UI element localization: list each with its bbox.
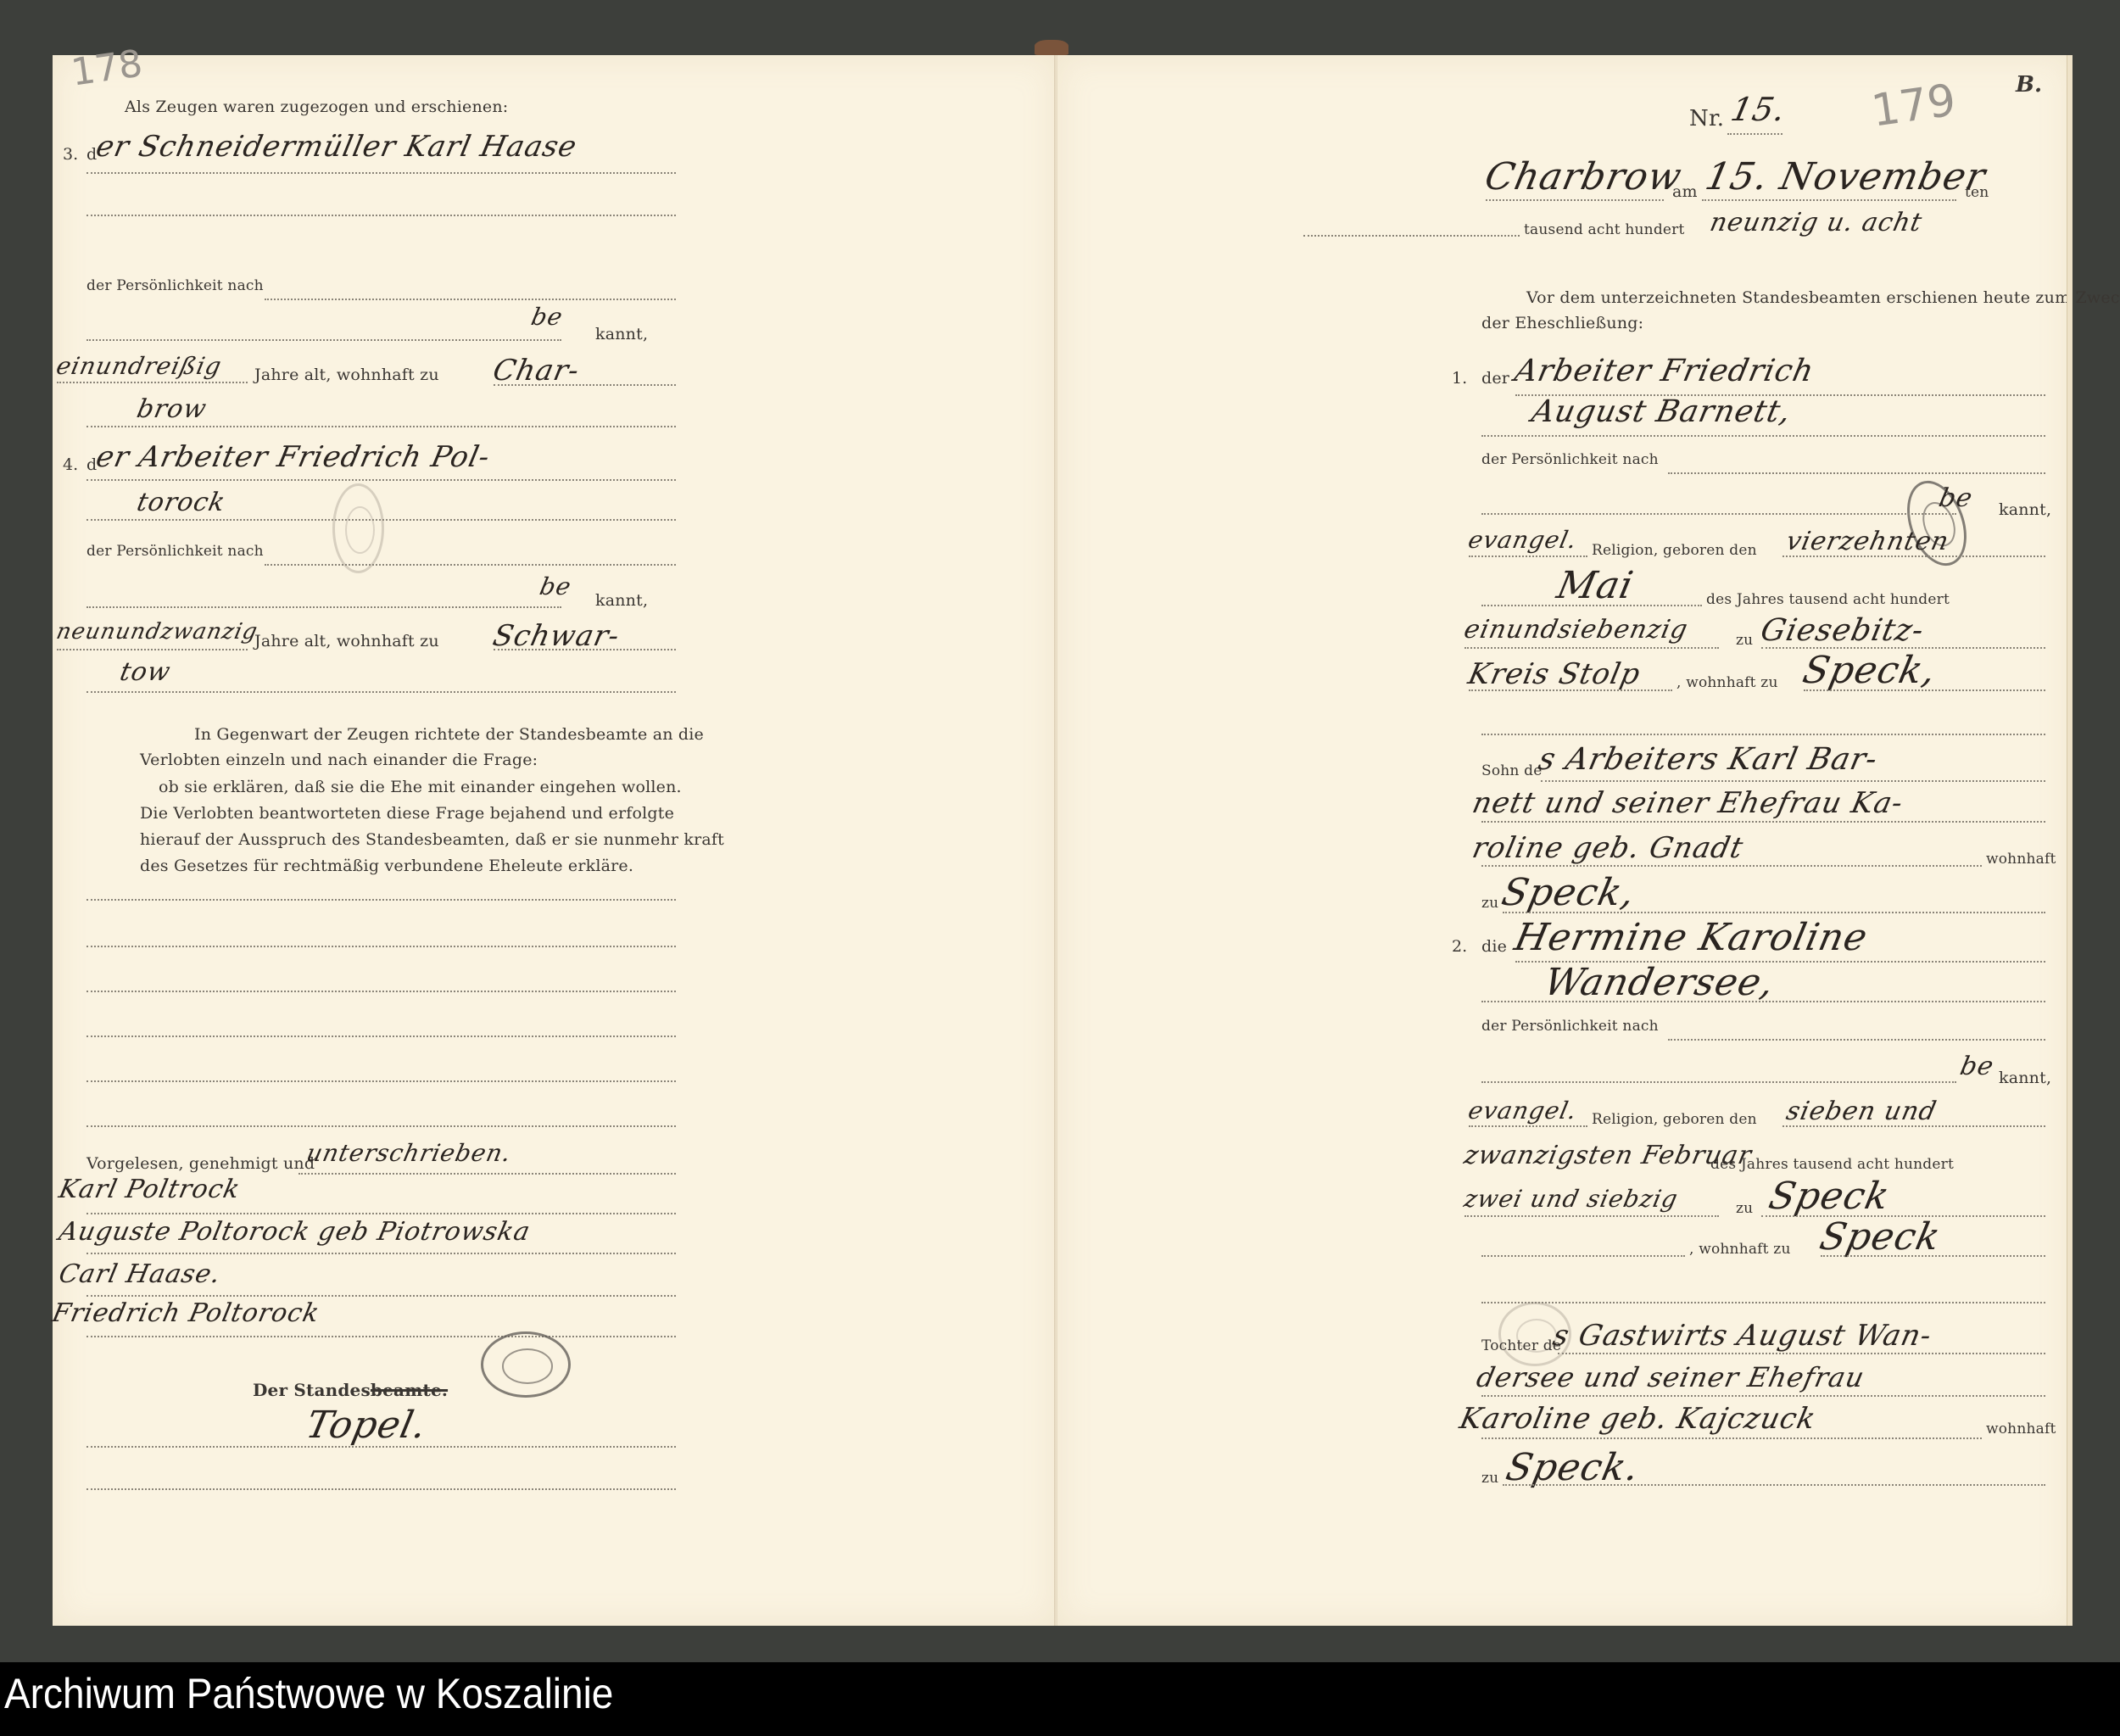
rule-line [1668,1039,2045,1041]
rule-line [1541,780,2045,782]
witness-3-bekannt-label: kannt, [595,325,648,343]
right-page: B. Nr. 15. 179 Charbrow am 15. November … [1057,55,2072,1626]
ceremony-line-5: hierauf der Ausspruch des Standesbeamten… [140,830,724,849]
rule-line [86,991,676,992]
rule-line [1481,734,2045,735]
official-label-plain: Der Standes [253,1380,371,1400]
signature-1: Karl Poltrock [56,1175,243,1204]
marriage-year: neunzig u. acht [1707,208,1925,237]
rule-line [86,1446,676,1448]
archive-stamp [481,1331,571,1398]
rule-line [1486,199,1664,201]
rule-line [86,1035,676,1037]
rule-line [86,1488,676,1490]
groom-zu-label: zu [1481,895,1498,912]
rule-line [86,1213,676,1214]
bride-residence-label: , wohnhaft zu [1689,1241,1791,1258]
year-prefix: tausend acht hundert [1524,221,1685,238]
rule-line [1303,235,1520,237]
groom-bekannt-label: kannt, [1999,500,2051,519]
rule-line [265,564,676,566]
bride-birth-day-1: sieben und [1783,1097,1939,1126]
rule-line [1481,1081,1956,1083]
groom-birth-day: vierzehnten [1783,527,1951,556]
witness-4-persoenlichkeit-label: der Persönlichkeit nach [86,543,264,560]
rule-line [298,1173,676,1175]
rule-line [1469,555,1587,557]
witness-4-name: er Arbeiter Friedrich Pol- [93,440,494,474]
rule-line [1481,821,2045,823]
rule-line [86,899,676,901]
groom-parents-residence-label: wohnhaft [1986,851,2056,868]
groom-religion-label: Religion, geboren den [1592,542,1757,559]
rule-line [494,384,676,386]
pencil-folio-number: 178 [69,42,145,94]
bride-parents-residence: Speck. [1503,1446,1643,1489]
bride-birthplace: Speck [1766,1175,1894,1218]
bride-name-1: Hermine Karoline [1511,916,1872,959]
bride-parents-2: dersee und seiner Ehefrau [1474,1361,1867,1393]
bride-bekannt-label: kannt, [1999,1069,2051,1087]
am-label: am [1672,182,1698,201]
ceremony-line-6: des Gesetzes für rechtmäßig verbundene E… [140,857,633,875]
bride-number: 2. [1452,937,1467,956]
rule-line [1668,472,2045,474]
witness-heading: Als Zeugen waren zugezogen und erschiene… [125,98,508,116]
rule-line [86,606,561,608]
rule-line [1481,1437,1982,1439]
rule-line [86,339,561,341]
rule-line [1727,133,1782,135]
form-letter: B. [2016,72,2042,98]
groom-name-2: August Barnett, [1529,394,1795,429]
groom-religion: evangel. [1465,526,1579,554]
groom-residence: Speck, [1799,649,1940,692]
groom-birth-year-label: des Jahres tausend acht hundert [1706,591,1950,608]
witness-4-residence-1: Schwar- [490,619,623,653]
bride-religion-label: Religion, geboren den [1592,1111,1757,1128]
faint-stamp-impression [332,483,384,573]
groom-bekannt-hand: be [1936,483,1975,513]
rule-line [1782,1125,2045,1127]
rule-line [1481,865,1982,867]
bride-bekannt-hand: be [1957,1052,1996,1081]
ceremony-line-1: In Gegenwart der Zeugen richtete der Sta… [194,725,704,744]
rule-line [86,426,676,427]
witness-3-bekannt-hand: be [528,303,566,331]
pencil-folio-number: 179 [1868,75,1959,137]
left-page: 178 Als Zeugen waren zugezogen und ersch… [53,55,1056,1626]
rule-line [86,691,676,693]
rule-line [86,1295,676,1297]
rule-line [1782,555,2045,557]
bride-birth-year: zwei und siebzig [1461,1185,1680,1213]
rule-line [494,649,676,650]
witness-3-residence-2: brow [134,394,209,424]
rule-line [1481,435,2045,437]
rule-line [1469,689,1672,691]
witness-4-bekannt-hand: be [537,572,574,600]
groom-prefix: der [1481,369,1509,388]
rule-line [86,215,676,216]
ceremony-line-3: ob sie erklären, daß sie die Ehe mit ein… [159,778,682,796]
groom-parents-residence: Speck, [1498,871,1639,914]
rule-line [1481,1302,2045,1303]
groom-birth-month: Mai [1554,564,1637,607]
archive-caption-bar: Archiwum Państwowe w Koszalinie [0,1662,2120,1736]
groom-name-1: Arbeiter Friedrich [1512,354,1817,388]
witness-4-age: neunundzwanzig [54,619,260,645]
place-name: Charbrow [1481,155,1686,198]
rule-line [57,382,248,383]
bride-zu-label: zu [1481,1470,1498,1487]
witness-3-number: 3. [63,145,78,164]
witness-4-bekannt-label: kannt, [595,591,648,610]
official-label-struck: beamte. [371,1380,448,1400]
rule-line [1558,1353,2045,1354]
groom-birthplace-2: Kreis Stolp [1465,657,1643,691]
bride-prefix: die [1481,937,1507,956]
rule-line [1503,912,2045,913]
official-label: Der Standesbeamte. [253,1380,448,1400]
groom-residence-label: , wohnhaft zu [1676,674,1778,691]
groom-parents-3: roline geb. Gnadt [1470,831,1747,865]
ten-label: ten [1965,184,1989,201]
binding-tab [1035,40,1068,55]
rule-line [265,299,676,300]
bride-parents-3: Karoline geb. Kajczuck [1457,1402,1819,1436]
marriage-date: 15. November [1702,155,1990,198]
witness-3-persoenlichkeit-label: der Persönlichkeit nach [86,277,264,294]
groom-parents-2: nett und seiner Ehefrau Ka- [1470,786,1906,820]
bride-parents-1: s Gastwirts August Wan- [1550,1319,1935,1353]
rule-line [86,1080,676,1082]
rule-line [1481,605,1702,606]
nr-label: Nr. [1689,106,1724,131]
rule-line [1464,1215,1719,1217]
rule-line [1481,1001,2045,1002]
bride-religion: evangel. [1465,1097,1579,1125]
rule-line [86,1253,676,1254]
rule-line [86,1125,676,1127]
witness-3-age-label: Jahre alt, wohnhaft zu [254,366,439,384]
archive-caption: Archiwum Państwowe w Koszalinie [4,1669,613,1718]
rule-line [86,1336,676,1337]
rule-line [1503,1484,2045,1486]
witness-4-residence-2: tow [117,657,173,687]
rule-line [86,172,676,174]
son-label: Sohn de [1481,762,1543,779]
right-page-edge [2067,55,2073,1626]
rule-line [1481,1255,1685,1257]
bride-birthplace-label: zu [1736,1200,1753,1217]
bride-residence: Speck [1816,1215,1944,1259]
groom-persoenlichkeit-label: der Persönlichkeit nach [1481,451,1659,468]
rule-line [86,946,676,947]
rule-line [1821,1255,2045,1257]
signature-4: Friedrich Poltorock [49,1298,322,1328]
rule-line [1481,513,1956,515]
groom-number: 1. [1452,369,1467,388]
rule-line [57,649,248,650]
signature-3: Carl Haase. [56,1259,223,1289]
signature-2: Auguste Poltorock geb Piotrowska [56,1217,533,1247]
witness-4-name-2: torock [134,488,228,517]
witness-4-number: 4. [63,455,78,474]
bride-name-2: Wandersee, [1541,961,1779,1004]
witness-3-residence-1: Char- [490,354,583,388]
rule-line [1481,1395,2045,1397]
witness-3-name: er Schneidermüller Karl Haase [93,130,580,164]
rule-line [1464,647,1719,649]
rule-line [1804,689,2045,691]
bride-persoenlichkeit-label: der Persönlichkeit nach [1481,1018,1659,1035]
intro-line-2: der Eheschließung: [1481,314,1643,332]
nr-number: 15. [1727,91,1789,128]
rule-line [86,479,676,481]
groom-birth-year: einundsiebenzig [1461,615,1691,645]
groom-birthplace-label: zu [1736,632,1753,649]
vorgelesen-hand: unterschrieben. [304,1139,514,1167]
official-signature: Topel. [303,1404,432,1447]
intro-line-1: Vor dem unterzeichneten Standesbeamten e… [1526,288,2120,307]
ceremony-line-4: Die Verlobten beantworteten diese Frage … [140,804,674,823]
rule-line [1702,199,1956,201]
ceremony-line-2: Verlobten einzeln und nach einander die … [140,751,538,769]
witness-4-age-label: Jahre alt, wohnhaft zu [254,632,439,650]
bride-parents-residence-label: wohnhaft [1986,1421,2056,1437]
witness-3-age: einundreißig [53,352,224,380]
groom-birthplace-1: Giesebitz- [1758,613,1928,648]
groom-parents-1: s Arbeiters Karl Bar- [1536,742,1881,777]
vorgelesen-label: Vorgelesen, genehmigt und [86,1154,315,1173]
rule-line [1469,1125,1587,1127]
bride-birth-year-label: des Jahres tausend acht hundert [1710,1156,1954,1173]
